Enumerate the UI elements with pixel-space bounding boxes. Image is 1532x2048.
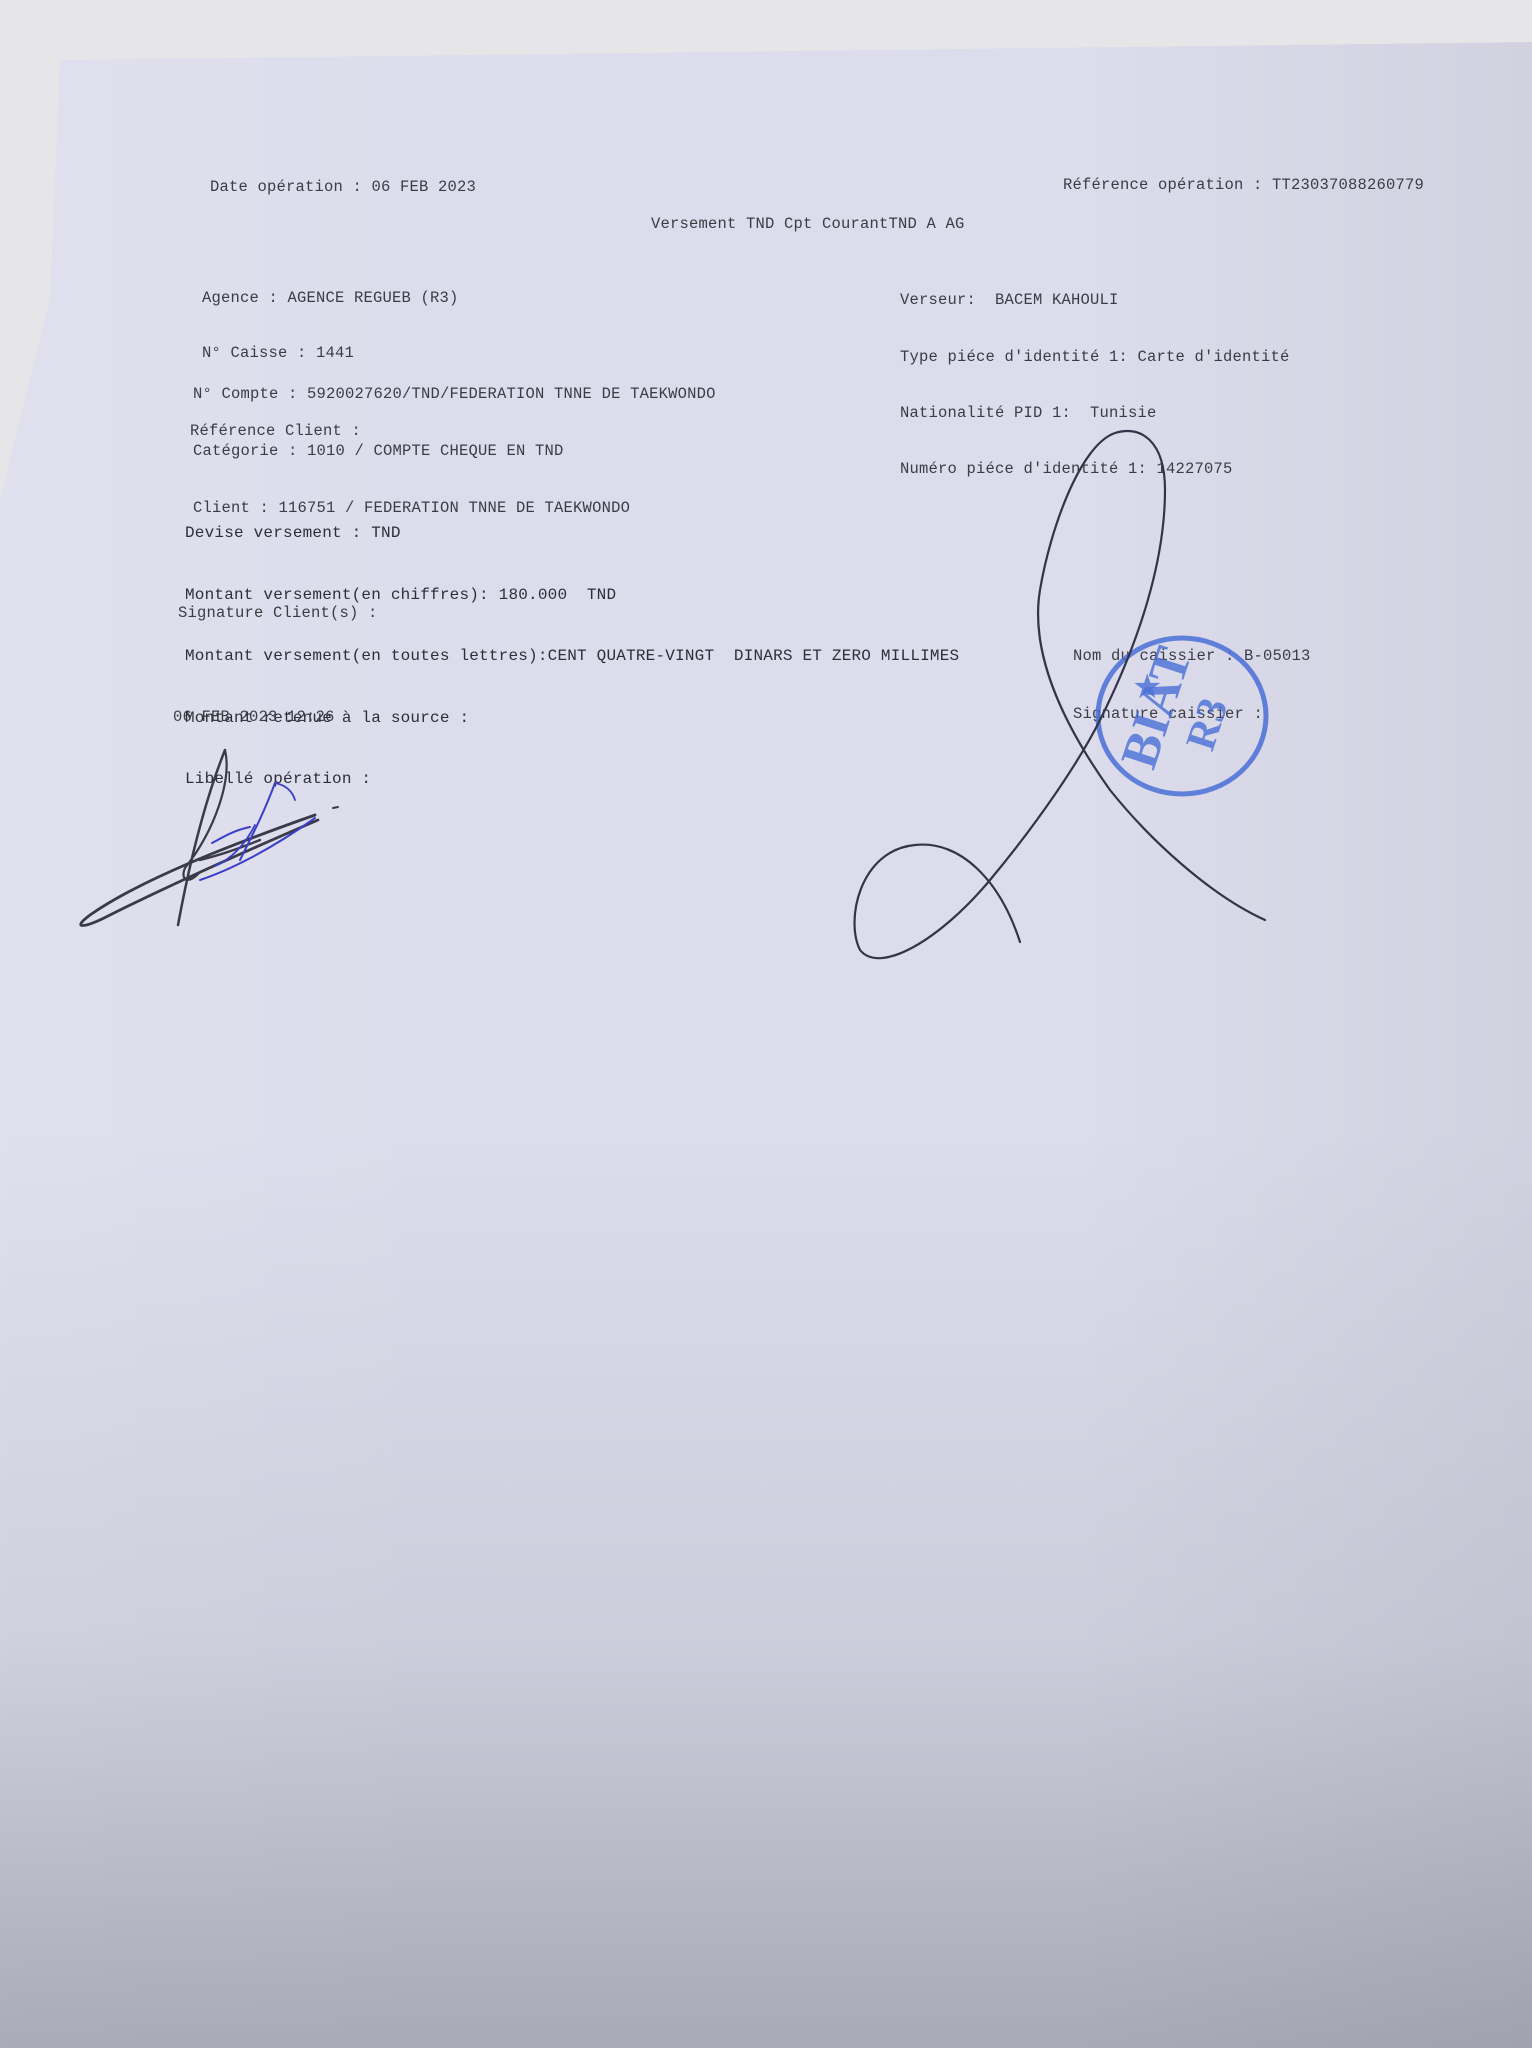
reference-operation: Référence opération : TT23037088260779 [1063,176,1424,195]
categorie-field: Catégorie : 1010 / COMPTE CHEQUE EN TND [193,442,716,461]
verseur-field: Verseur: BACEM KAHOULI [900,291,1290,310]
id-number-field: Numéro piéce d'identité 1: 14227075 [900,460,1290,479]
signature-client-label: Signature Client(s) : [178,604,378,623]
bank-stamp: BIAT R3 ★ [1090,628,1270,798]
date-operation: Date opération : 06 FEB 2023 [210,178,476,197]
compte-field: N° Compte : 5920027620/TND/FEDERATION TN… [193,385,716,404]
stamp-icon: BIAT R3 ★ [1090,628,1270,798]
nationality-field: Nationalité PID 1: Tunisie [900,404,1290,423]
id-type-field: Type piéce d'identité 1: Carte d'identit… [900,348,1290,367]
reference-client: Référence Client : [190,422,361,441]
montant-lettres-field: Montant versement(en toutes lettres):CEN… [185,646,959,667]
depositor-block: Verseur: BACEM KAHOULI Type piéce d'iden… [900,253,1290,498]
agence-field: Agence : AGENCE REGUEB (R3) [202,289,459,308]
devise-field: Devise versement : TND [185,523,959,544]
document-title: Versement TND Cpt CourantTND A AG [651,215,965,234]
star-icon: ★ [1132,667,1162,707]
print-timestamp: 06 FEB 2023 12:26 [173,708,335,727]
montant-chiffres-field: Montant versement(en chiffres): 180.000 … [185,585,959,606]
amounts-block: Devise versement : TND Montant versement… [185,482,959,810]
libelle-field: Libellé opération : [185,769,959,790]
